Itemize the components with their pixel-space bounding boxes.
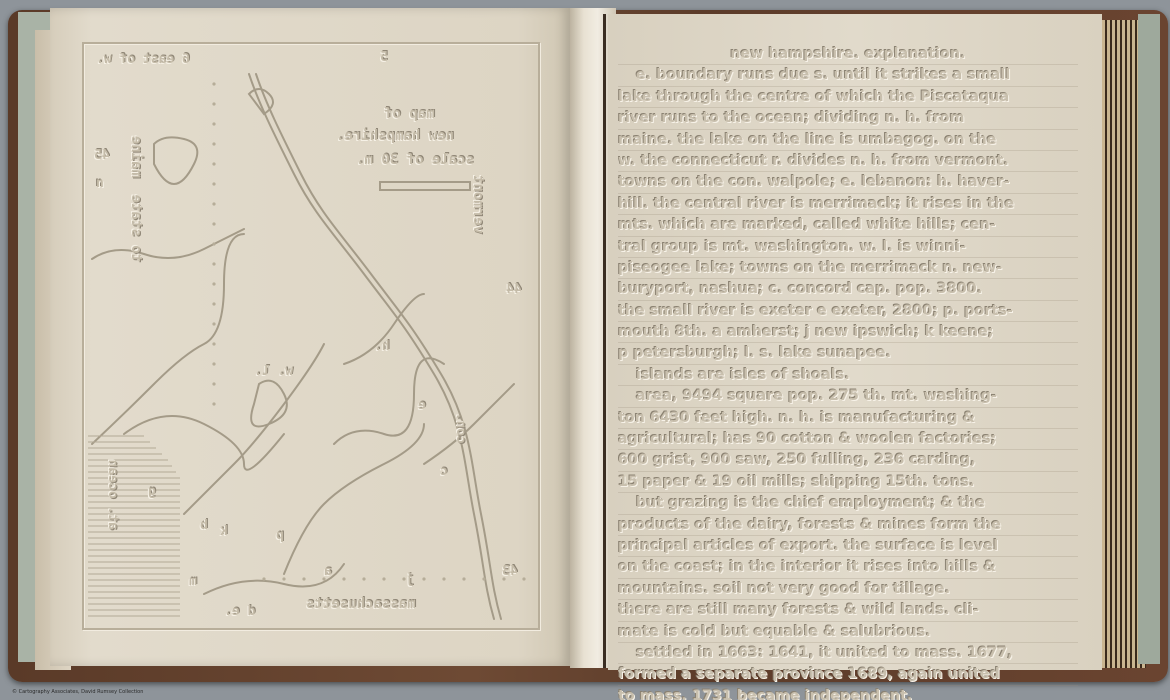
text-line: agricultural; has 90 cotton & woolen fac… (618, 429, 1078, 450)
text-line: but grazing is the chief employment; & t… (618, 493, 1078, 514)
map-label-k: k (220, 524, 228, 539)
text-line: mate is cold but equable & salubrious. (618, 622, 1078, 643)
map-label-de: d e. (224, 604, 255, 619)
text-line: formed a separate province 1689, again u… (618, 664, 1078, 685)
text-line: ton 6430 feet high. n. h. is manufacturi… (618, 408, 1078, 429)
map-label-east-of-w: 6 east of w. (96, 52, 190, 67)
map-label-p: p (276, 528, 284, 543)
text-line: area, 9494 square pop. 275 th. mt. washi… (618, 386, 1078, 407)
text-line: tral group is mt. washington. w. l. is w… (618, 237, 1078, 258)
map-label-maine: maine (128, 136, 144, 178)
map-label-to-state: to state (128, 195, 144, 262)
text-line: p petersburgh; l. s. lake sunapee. (618, 343, 1078, 364)
text-line: river runs to the ocean; dividing n. h. … (618, 108, 1078, 129)
text-line: 15 paper & 19 oil mills; shipping 15th. … (618, 472, 1078, 493)
map-scale-label: scale of 30 m. (356, 152, 474, 168)
map-label-m: m (189, 574, 197, 589)
text-line: to mass. 1731 became independent. (618, 686, 1078, 700)
text-line: buryport, nashua; c. concord cap. pop. 3… (618, 279, 1078, 300)
map-label-g: g (148, 484, 156, 499)
text-line: hill. the central river is merrimack; it… (618, 194, 1078, 215)
text-line: there are still many forests & wild land… (618, 600, 1078, 621)
text-line: mountains. soil not very good for tillag… (618, 579, 1078, 600)
map-label-massachusetts: massachusetts (306, 596, 416, 612)
text-line: mouth 8th. a amherst; j new ipswich; k k… (618, 322, 1078, 343)
text-line: towns on the con. walpole; e. lebanon: h… (618, 172, 1078, 193)
text-line: maine. the lake on the line is umbagog. … (618, 130, 1078, 151)
explanation-title: new hampshire. explanation. (618, 44, 1078, 65)
map-label-b: b (200, 518, 208, 533)
text-line: 600 grist, 900 saw, 250 fulling, 236 car… (618, 450, 1078, 471)
embossed-map: 6 east of w. 5 map of new hampshire. sca… (82, 42, 540, 630)
map-label-e: e (418, 398, 426, 413)
text-line: e. boundary runs due s. until it strikes… (618, 65, 1078, 86)
text-line: lake through the centre of which the Pis… (618, 87, 1078, 108)
map-label-c: c (440, 464, 448, 479)
explanation-text: new hampshire. explanation. e. boundary … (618, 44, 1078, 700)
map-lat-44: 44 (506, 282, 522, 297)
text-line: settled in 1663: 1641, it united to mass… (618, 643, 1078, 664)
text-line: mts. which are marked, called white hill… (618, 215, 1078, 236)
map-lat-43: 43 (502, 564, 518, 579)
map-label-j: j (406, 572, 414, 587)
map-lat-45: 45 (94, 148, 110, 163)
map-label-vermont: vermont (470, 175, 486, 234)
text-line: piseogee lake; towns on the merrimack n.… (618, 258, 1078, 279)
text-line: principal articles of export. the surfac… (618, 536, 1078, 557)
map-label-con: con. (453, 413, 468, 444)
text-line: w. the connecticut r. divides n. h. from… (618, 151, 1078, 172)
text-line: products of the dairy, forests & mines f… (618, 515, 1078, 536)
gutter-divider (603, 14, 606, 668)
text-line: on the coast; in the interior it rises i… (618, 557, 1078, 578)
map-label-lake-wl: w. l. (254, 364, 293, 379)
map-lat-n: n (96, 176, 104, 191)
copyright-credit: © Cartography Associates, David Rumsey C… (12, 689, 143, 695)
map-title-line1: map of (384, 106, 435, 122)
text-line: islands are isles of shoals. (618, 365, 1078, 386)
right-endpaper (1138, 14, 1160, 664)
map-label-a: a (324, 564, 332, 579)
map-label-5: 5 (380, 50, 388, 65)
map-drawing (84, 44, 538, 628)
map-title-line2: new hampshire. (336, 128, 454, 144)
map-label-h: h. (374, 339, 390, 354)
map-label-ocean: at. ocean (105, 460, 120, 530)
text-line: the small river is exeter e exeter, 2800… (618, 301, 1078, 322)
